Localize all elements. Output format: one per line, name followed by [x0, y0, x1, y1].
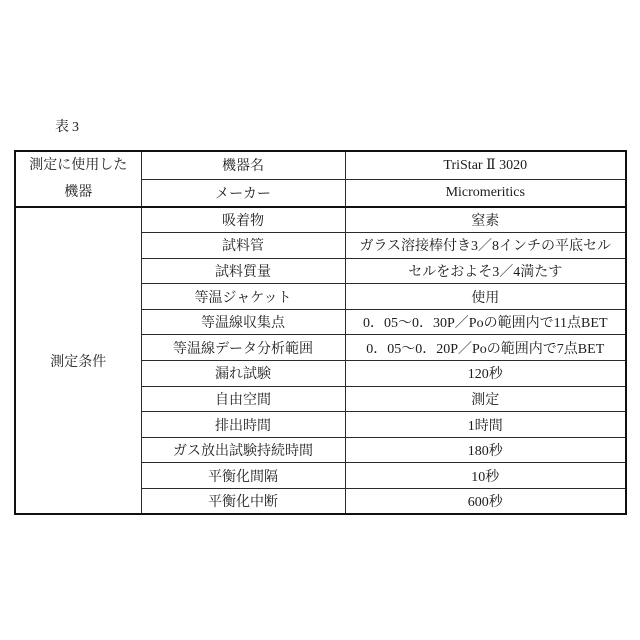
row-label-instrument-name: 機器名	[141, 151, 345, 179]
row-label-evacuation-time: 排出時間	[141, 412, 345, 438]
row-label-sample-tube: 試料管	[141, 233, 345, 259]
table-row: 測定に使用した 機器 機器名 TriStar Ⅱ 3020	[15, 151, 626, 179]
table-row: 測定条件 吸着物 窒素	[15, 207, 626, 233]
row-value-free-space: 測定	[345, 386, 626, 412]
row-label-adsorbate: 吸着物	[141, 207, 345, 233]
row-label-equilibration-timeout: 平衡化中断	[141, 489, 345, 515]
row-value-isothermal-jacket: 使用	[345, 284, 626, 310]
row-value-evacuation-time: 1時間	[345, 412, 626, 438]
row-value-outgas-test-duration: 180秒	[345, 437, 626, 463]
row-value-adsorbate: 窒素	[345, 207, 626, 233]
row-value-equilibration-timeout: 600秒	[345, 489, 626, 515]
row-label-isotherm-collection-points: 等温線収集点	[141, 309, 345, 335]
row-value-equilibration-interval: 10秒	[345, 463, 626, 489]
row-value-sample-mass: セルをおよそ3／4満たす	[345, 258, 626, 284]
row-value-leak-test: 120秒	[345, 361, 626, 387]
row-label-free-space: 自由空間	[141, 386, 345, 412]
row-value-instrument-name: TriStar Ⅱ 3020	[345, 151, 626, 179]
row-label-leak-test: 漏れ試験	[141, 361, 345, 387]
equipment-group-label-line1: 測定に使用した	[18, 152, 139, 179]
row-value-manufacturer: Micromeritics	[345, 179, 626, 207]
row-label-manufacturer: メーカー	[141, 179, 345, 207]
conditions-group-cell: 測定条件	[15, 207, 141, 514]
row-label-sample-mass: 試料質量	[141, 258, 345, 284]
row-label-equilibration-interval: 平衡化間隔	[141, 463, 345, 489]
row-value-sample-tube: ガラス溶接棒付き3／8インチの平底セル	[345, 233, 626, 259]
row-label-isotherm-analysis-range: 等温線データ分析範囲	[141, 335, 345, 361]
document-page: 表3 測定に使用した 機器 機器名 TriStar Ⅱ 3020 メーカー Mi…	[0, 0, 640, 640]
equipment-group-label-line2: 機器	[18, 179, 139, 206]
row-value-isotherm-collection-points: 0．05～0．30P／Poの範囲内で11点BET	[345, 309, 626, 335]
row-value-isotherm-analysis-range: 0．05～0．20P／Poの範囲内で7点BET	[345, 335, 626, 361]
equipment-group-cell: 測定に使用した 機器	[15, 151, 141, 207]
row-label-isothermal-jacket: 等温ジャケット	[141, 284, 345, 310]
spec-table: 測定に使用した 機器 機器名 TriStar Ⅱ 3020 メーカー Micro…	[14, 150, 627, 515]
table-caption: 表3	[55, 116, 82, 136]
row-label-outgas-test-duration: ガス放出試験持続時間	[141, 437, 345, 463]
